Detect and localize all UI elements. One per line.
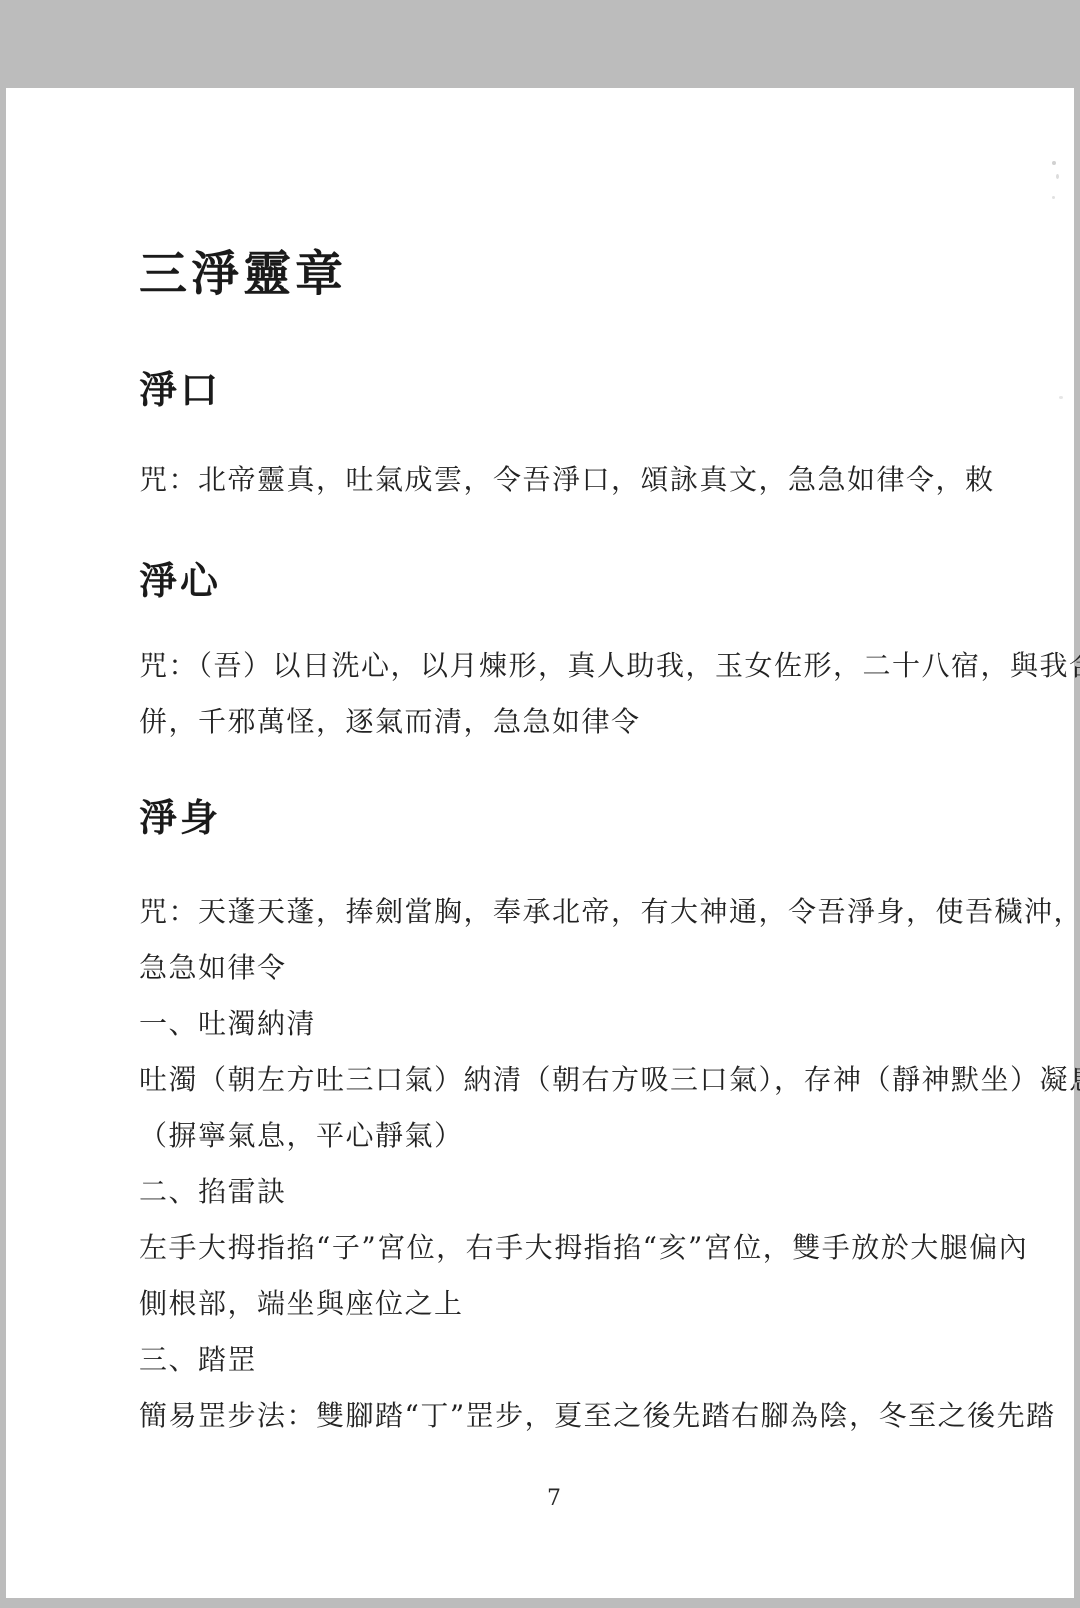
page-content: 三淨靈章 /* placeholder removed by binder be… xyxy=(6,88,1074,1444)
scan-artifact xyxy=(1056,174,1059,179)
section-heading-jing-kou: 淨口 xyxy=(139,367,1024,413)
body-line: 左手大拇指掐“子”宮位，右手大拇指掐“亥”宮位，雙手放於大腿偏內 xyxy=(139,1220,1024,1276)
scanner-background: 三淨靈章 /* placeholder removed by binder be… xyxy=(0,0,1080,1608)
body-line: 併，千邪萬怪，逐氣而清，急急如律令 xyxy=(139,694,1024,750)
body-line: 咒：（吾）以日洗心，以月煉形，真人助我，玉女佐形，二十八宿，與我合 xyxy=(139,638,1024,694)
section-heading-jing-shen: 淨身 xyxy=(139,795,1024,841)
list-item-3-heading: 三、踏罡 xyxy=(139,1332,1024,1388)
body-line: 側根部，端坐與座位之上 xyxy=(139,1276,1024,1332)
scan-artifact xyxy=(1052,196,1055,199)
section-heading-jing-xin: 淨心 xyxy=(139,558,1024,604)
document-title: 三淨靈章 xyxy=(139,243,1024,305)
document-page: 三淨靈章 /* placeholder removed by binder be… xyxy=(6,88,1074,1598)
body-line: （摒寧氣息，平心靜氣） xyxy=(139,1108,1024,1164)
body-line: 咒：天蓬天蓬，捧劍當胸，奉承北帝，有大神通，令吾淨身，使吾穢沖， xyxy=(139,884,1024,940)
list-item-2-heading: 二、掐雷訣 xyxy=(139,1164,1024,1220)
scan-artifact xyxy=(1059,396,1063,399)
body-line: 急急如律令 xyxy=(139,940,1024,996)
list-item-1-heading: 一、吐濁納清 xyxy=(139,996,1024,1052)
page-number: 7 xyxy=(20,1486,1080,1511)
body-line: 吐濁（朝左方吐三口氣）納清（朝右方吸三口氣），存神（靜神默坐）凝息 xyxy=(139,1052,1024,1108)
scan-artifact xyxy=(1052,161,1056,165)
body-line: 咒：北帝靈真，吐氣成雲，令吾淨口，頌詠真文，急急如律令，敕 xyxy=(139,452,1024,508)
body-line: 簡易罡步法：雙腳踏“丁”罡步，夏至之後先踏右腳為陰，冬至之後先踏 xyxy=(139,1388,1024,1444)
